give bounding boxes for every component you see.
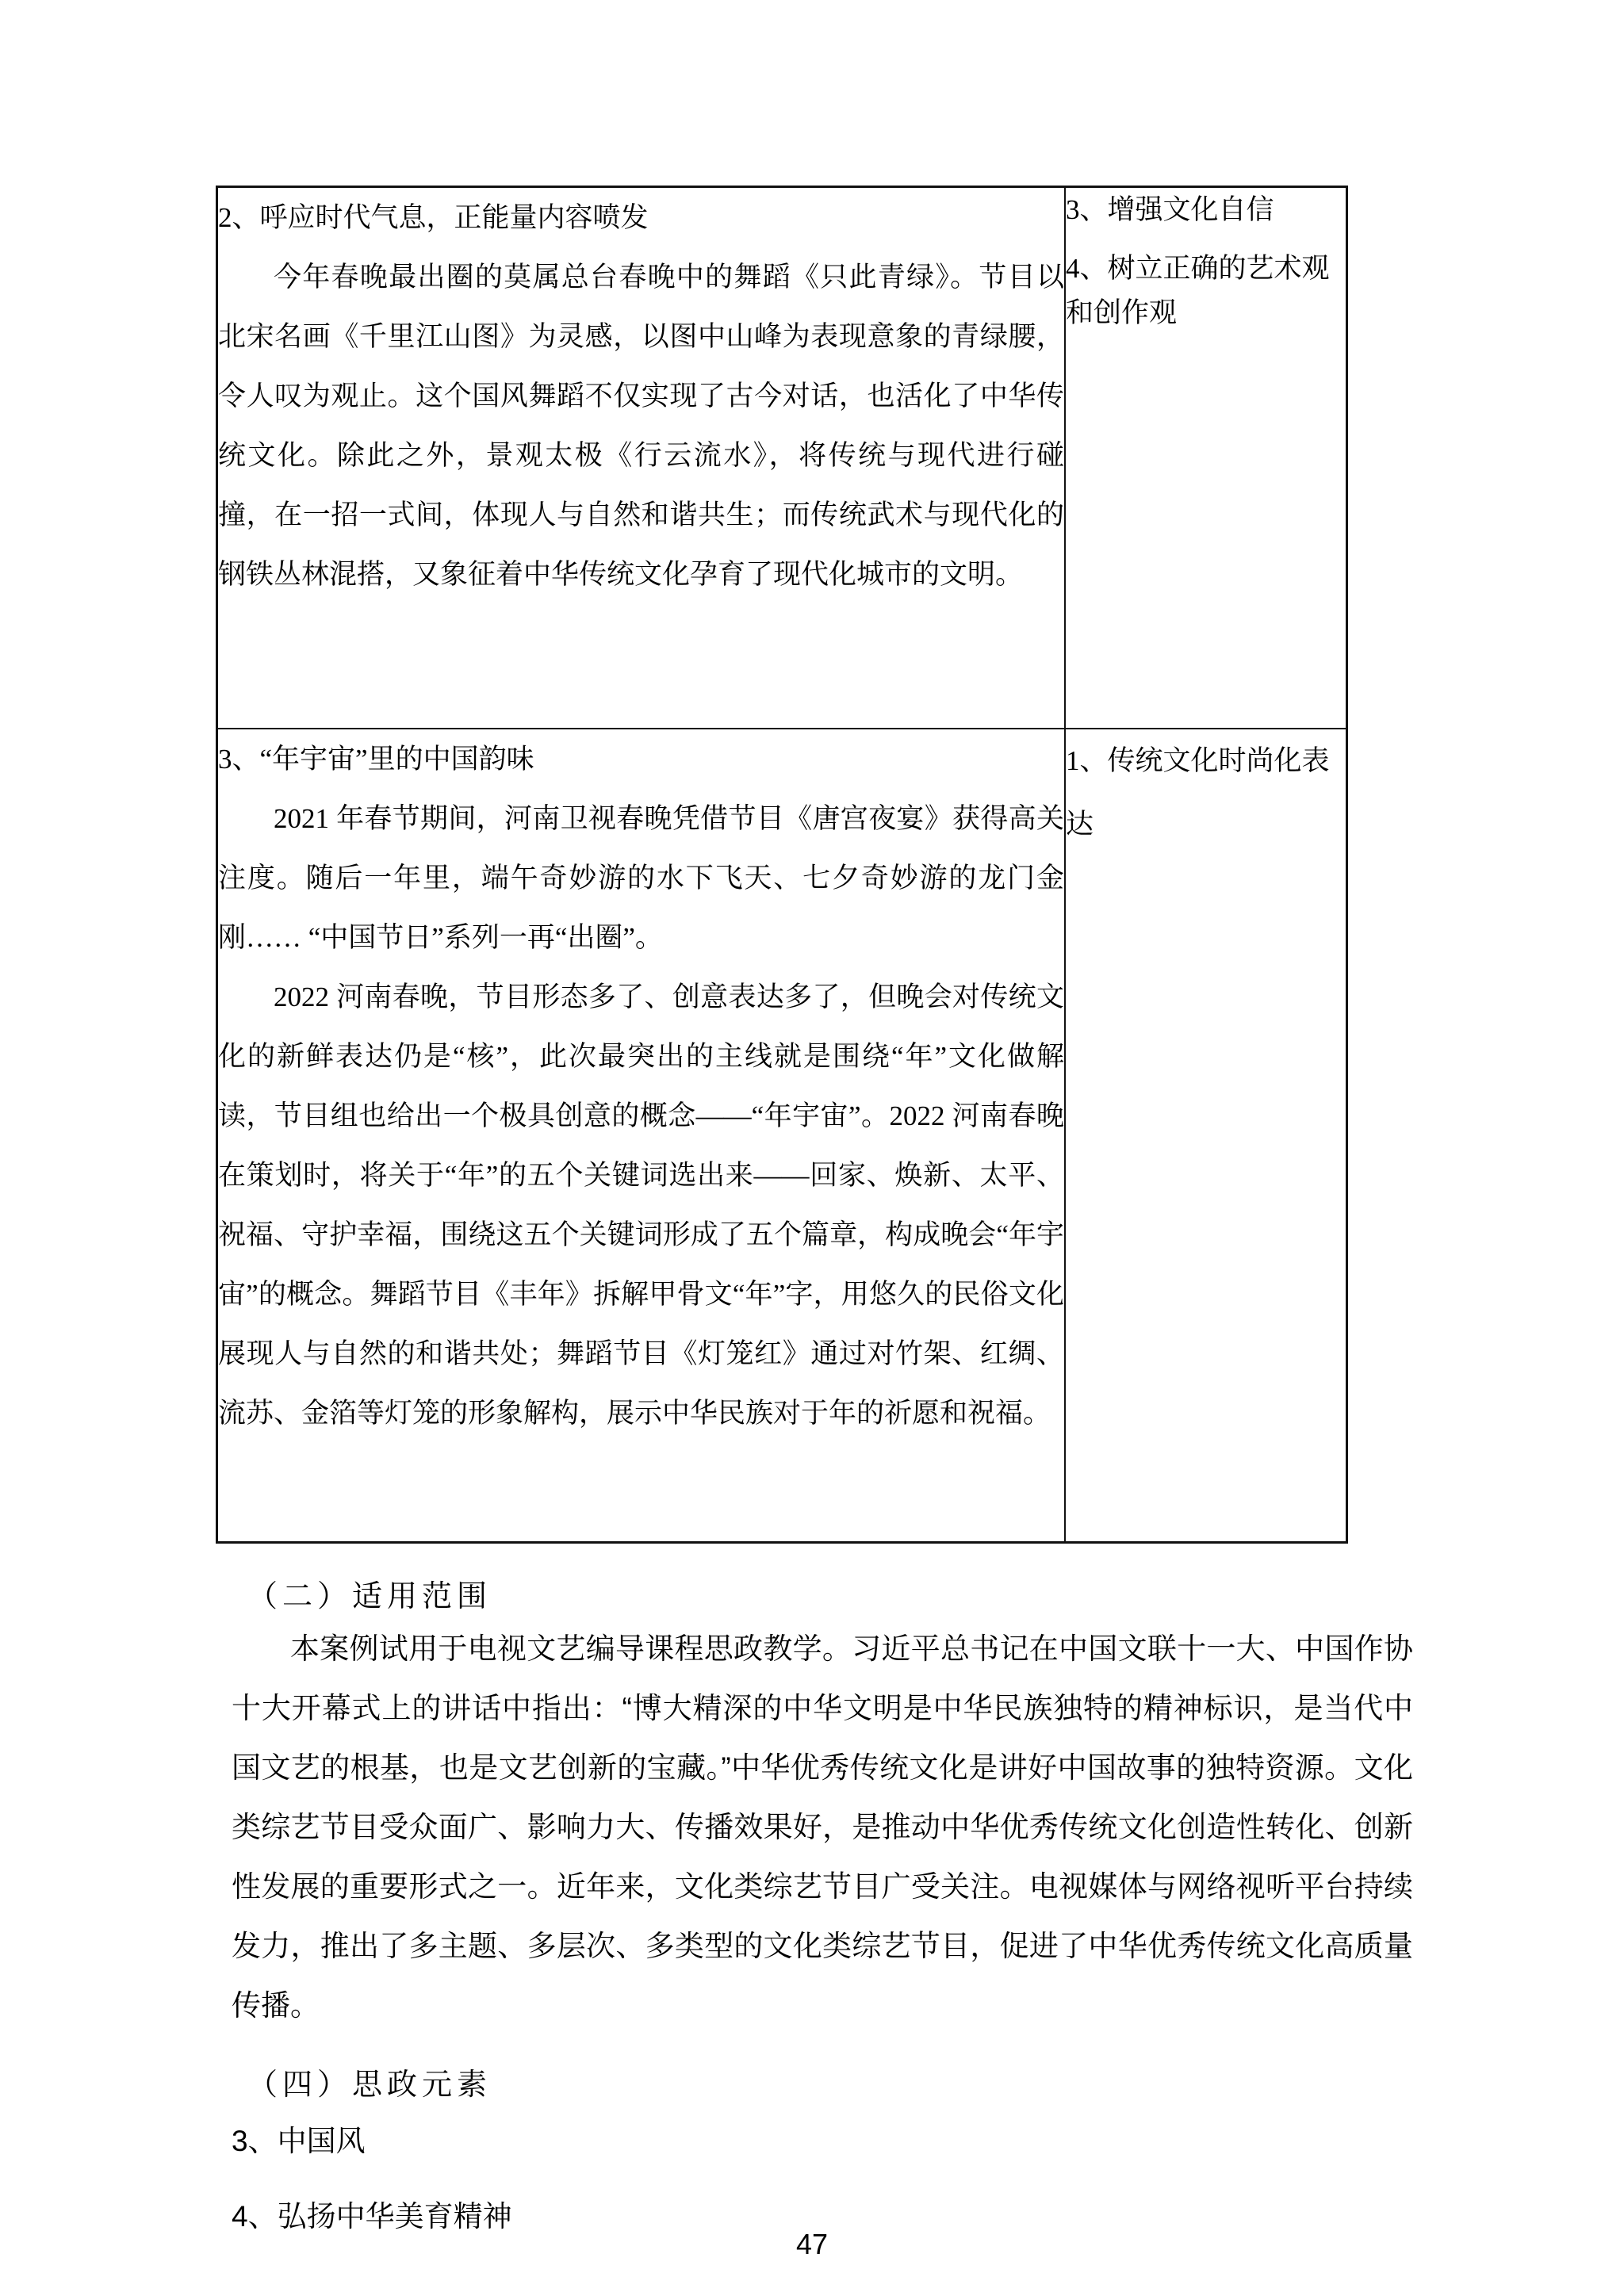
section-heading-elements: （四）思政元素 xyxy=(247,2060,492,2103)
table-row: 3、“年宇宙”里的中国韵味 2021 年春节期间，河南卫视春晚凭借节目《唐宫夜宴… xyxy=(217,729,1347,1543)
table-cell-row2-right: 1、传统文化时尚化表达 xyxy=(1065,729,1347,1543)
cell-heading: 3、“年宇宙”里的中国韵味 xyxy=(218,729,1064,789)
cell-heading: 2、呼应时代气息，正能量内容喷发 xyxy=(218,188,1064,247)
table-cell-row1-left: 2、呼应时代气息，正能量内容喷发 今年春晚最出圈的莫属总台春晚中的舞蹈《只此青绿… xyxy=(217,187,1066,729)
section-heading-scope: （二）适用范围 xyxy=(247,1571,492,1615)
table-cell-row2-left: 3、“年宇宙”里的中国韵味 2021 年春节期间，河南卫视春晚凭借节目《唐宫夜宴… xyxy=(217,729,1066,1543)
cell-paragraph: 2021 年春节期间，河南卫视春晚凭借节目《唐宫夜宴》获得高关注度。随后一年里，… xyxy=(218,789,1064,967)
content-table: 2、呼应时代气息，正能量内容喷发 今年春晚最出圈的莫属总台春晚中的舞蹈《只此青绿… xyxy=(216,186,1348,1544)
element-list-item: 3、中国风 xyxy=(232,2117,366,2160)
page-number: 47 xyxy=(0,2228,1624,2261)
right-cell-item: 1、传统文化时尚化表达 xyxy=(1066,729,1346,856)
cell-paragraph: 今年春晚最出圈的莫属总台春晚中的舞蹈《只此青绿》。节目以北宋名画《千里江山图》为… xyxy=(218,247,1064,604)
right-cell-item: 4、树立正确的艺术观和创作观 xyxy=(1066,247,1346,335)
scope-paragraph: 本案例试用于电视文艺编导课程思政教学。习近平总书记在中国文联十一大、中国作协十大… xyxy=(232,1619,1413,2035)
document-page: 2、呼应时代气息，正能量内容喷发 今年春晚最出圈的莫属总台春晚中的舞蹈《只此青绿… xyxy=(0,0,1624,2296)
cell-paragraph: 2022 河南春晚，节目形态多了、创意表达多了，但晚会对传统文化的新鲜表达仍是“… xyxy=(218,967,1064,1443)
right-cell-item: 3、增强文化自信 xyxy=(1066,188,1346,232)
table-cell-row1-right: 3、增强文化自信 4、树立正确的艺术观和创作观 xyxy=(1065,187,1347,729)
table-row: 2、呼应时代气息，正能量内容喷发 今年春晚最出圈的莫属总台春晚中的舞蹈《只此青绿… xyxy=(217,187,1347,729)
